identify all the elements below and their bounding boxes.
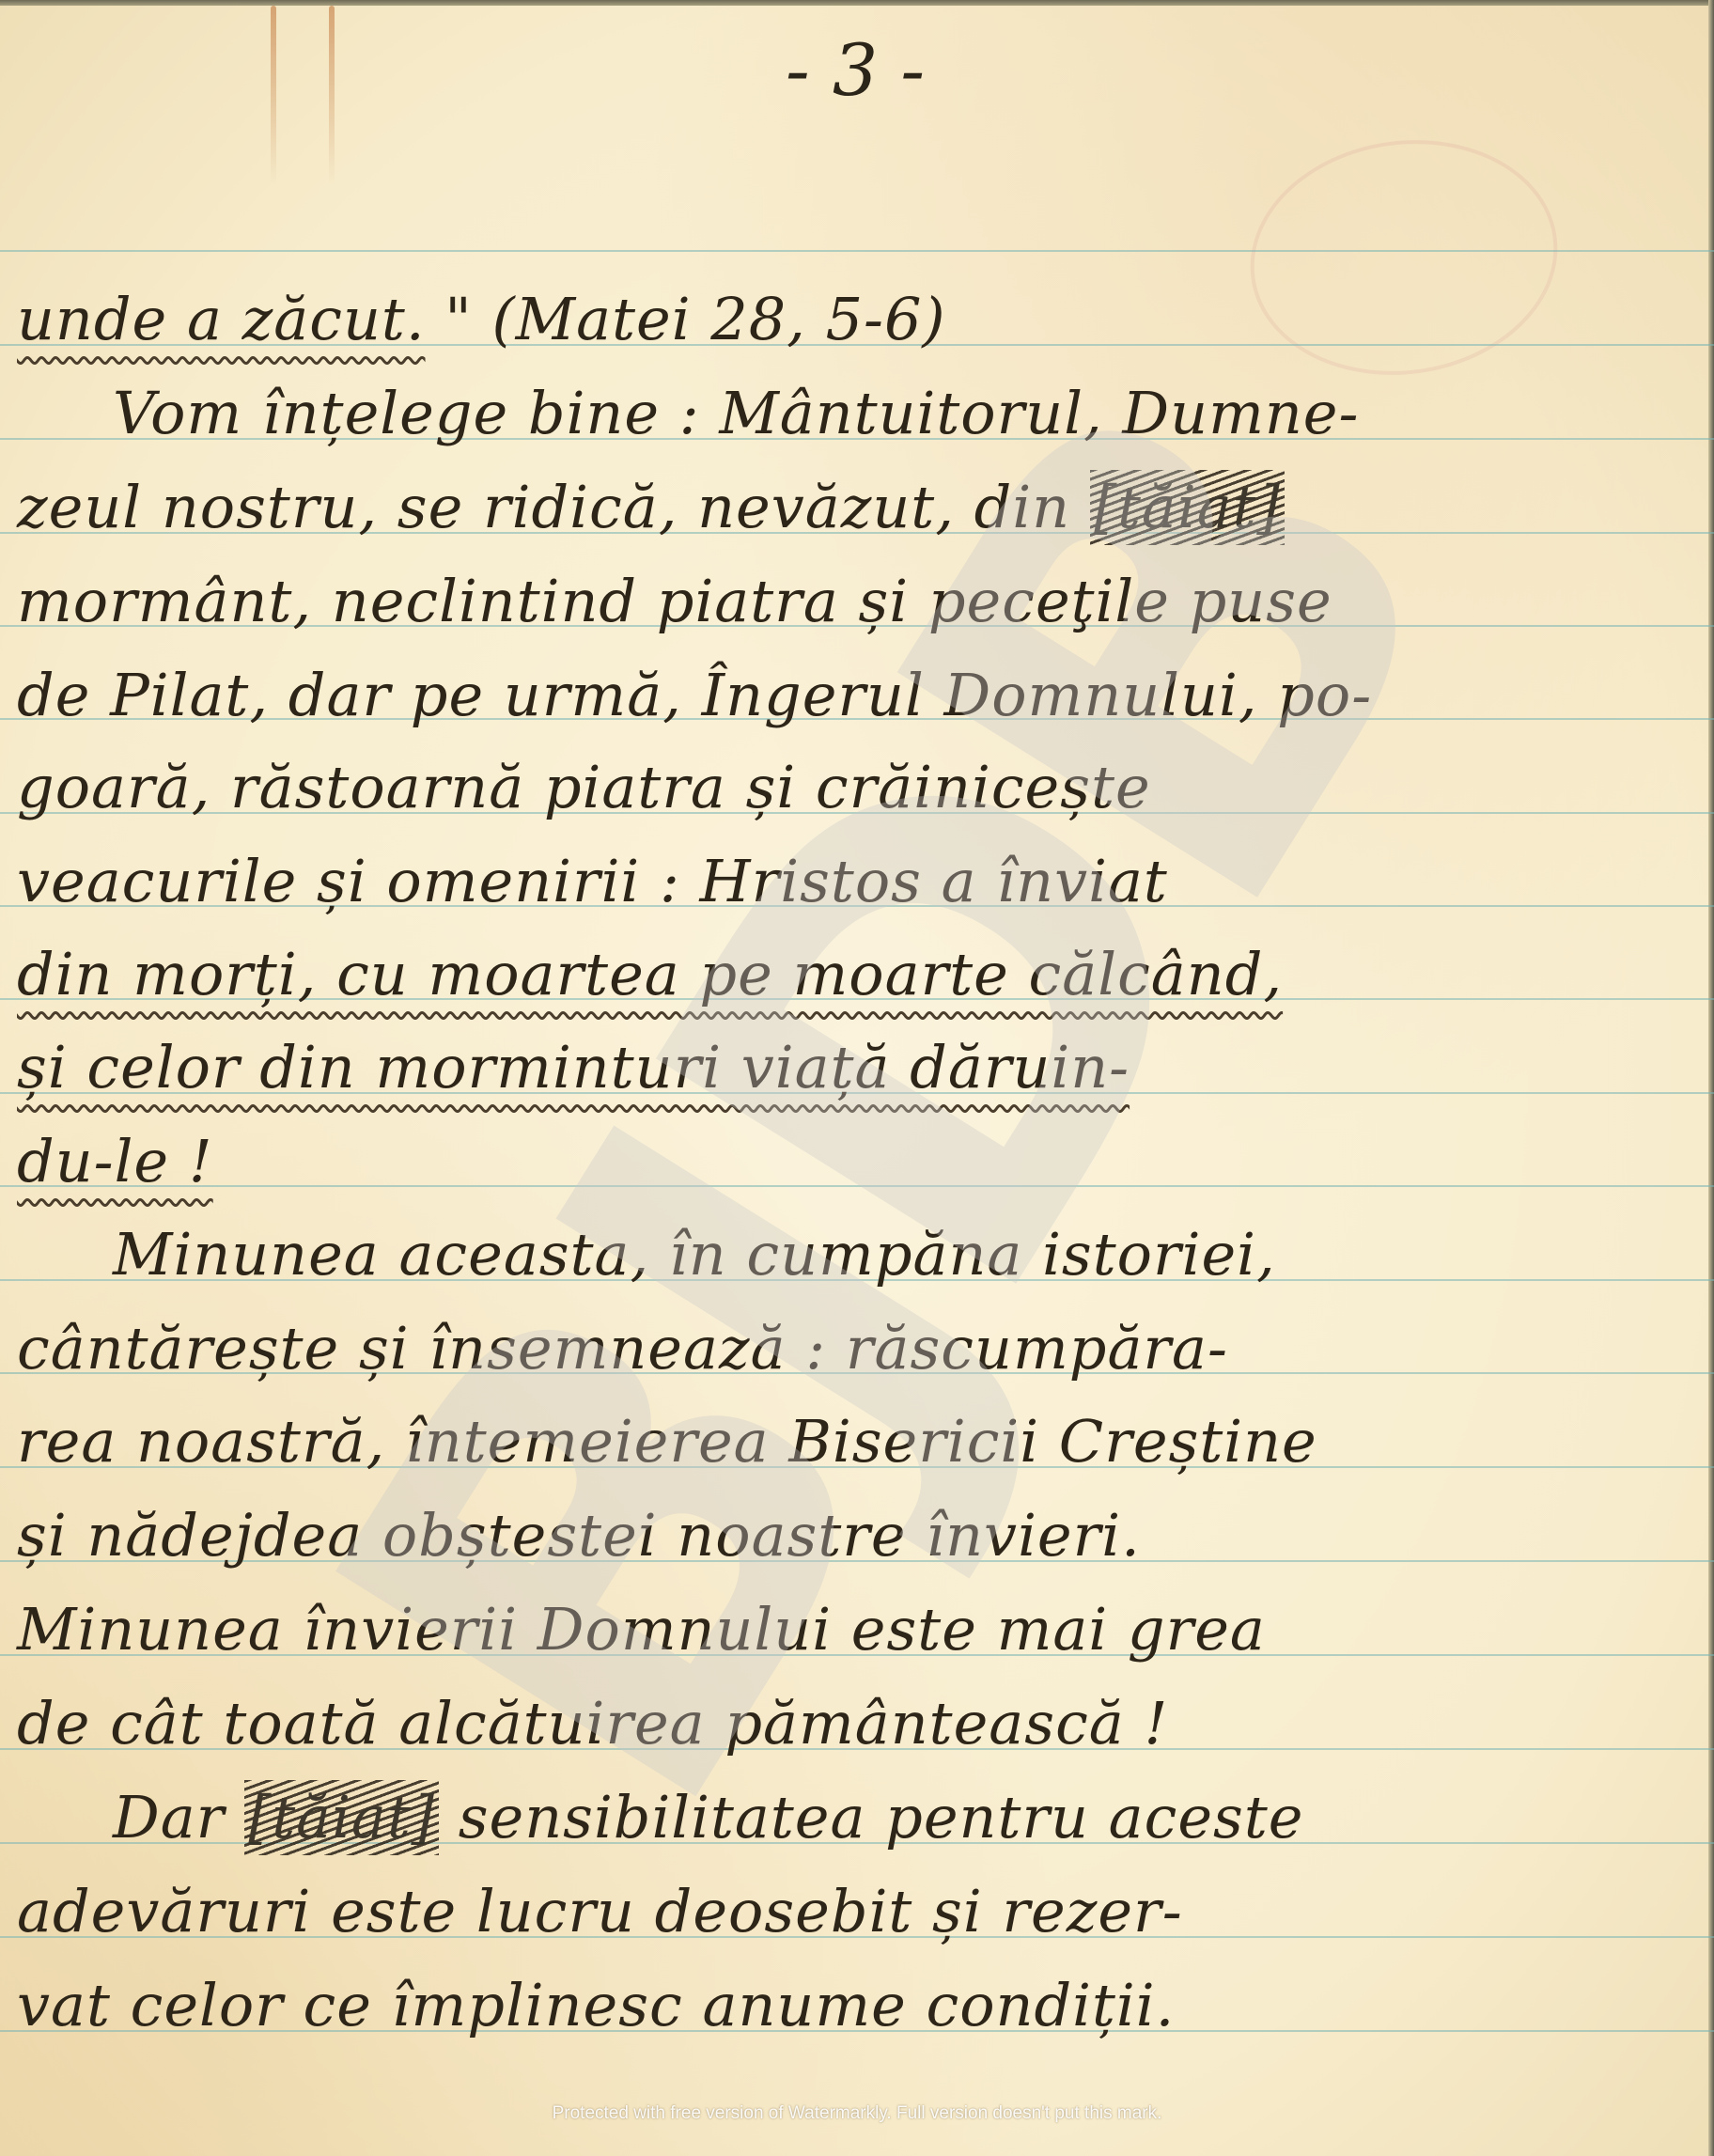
text-line-3: zeul nostru, se ridică, nevăzut, din [tă… (17, 470, 1697, 545)
text-line-8: din morți, cu moartea pe moarte călcând, (17, 937, 1697, 1012)
text-line-19: vat celor ce împlinesc anume condiții. (17, 1968, 1697, 2043)
line-text: sensibilitatea pentru aceste (439, 1783, 1303, 1851)
bible-reference: " (Matei 28, 5-6) (444, 285, 945, 353)
text-line-4: mormânt, neclintind piatra și peceţile p… (17, 564, 1697, 639)
text-line-13: rea noastră, întemeierea Bisericii Creșt… (17, 1404, 1697, 1479)
line-text: Dar (113, 1783, 244, 1851)
rust-stain (329, 6, 335, 184)
page-number: - 3 - (742, 28, 968, 112)
page-top-edge (0, 0, 1714, 6)
text-line-9: și celor din morminturi viață dăruin- (17, 1030, 1697, 1105)
text-line-11: Minunea aceasta, în cumpăna istoriei, (113, 1217, 1697, 1292)
watermark-notice: Protected with free version of Watermark… (0, 2103, 1714, 2124)
text-line-18: adevăruri este lucru deosebit și rezer- (17, 1874, 1697, 1949)
text-line-1: unde a zăcut. " (Matei 28, 5-6) (17, 282, 1697, 357)
text-line-12: cântărește și însemnează : răscumpăra- (17, 1311, 1697, 1386)
struck-word: [tăiat] (244, 1780, 439, 1855)
line-text: zeul nostru, se ridică, nevăzut, din (17, 473, 1090, 541)
text-line-15: Minunea învierii Domnului este mai grea (17, 1592, 1697, 1667)
text-line-16: de cât toată alcătuirea pământească ! (17, 1686, 1697, 1761)
manuscript-page: - 3 - unde a zăcut. " (Matei 28, 5-6) Vo… (0, 0, 1714, 2156)
text-line-17: Dar [tăiat] sensibilitatea pentru aceste (113, 1780, 1697, 1855)
text-line-10: du-le ! (17, 1124, 1697, 1199)
rust-stain (271, 6, 276, 184)
text-line-7: veacurile și omenirii : Hristos a înviat (17, 844, 1697, 919)
page-right-edge (1708, 0, 1714, 2156)
struck-word: [tăiat] (1090, 470, 1285, 545)
text-line-2: Vom înțelege bine : Mântuitorul, Dumne- (113, 376, 1697, 451)
underlined-phrase: unde a zăcut. (17, 285, 426, 353)
text-line-14: și nădejdea obștestei noastre învieri. (17, 1498, 1697, 1573)
bjdb-watermark: BJDB (210, 305, 1566, 1915)
text-line-5: de Pilat, dar pe urmă, Îngerul Domnului,… (17, 658, 1697, 733)
ruled-line (0, 250, 1714, 252)
text-line-6: goară, răstoarnă piatra și crăinicește (17, 750, 1697, 825)
